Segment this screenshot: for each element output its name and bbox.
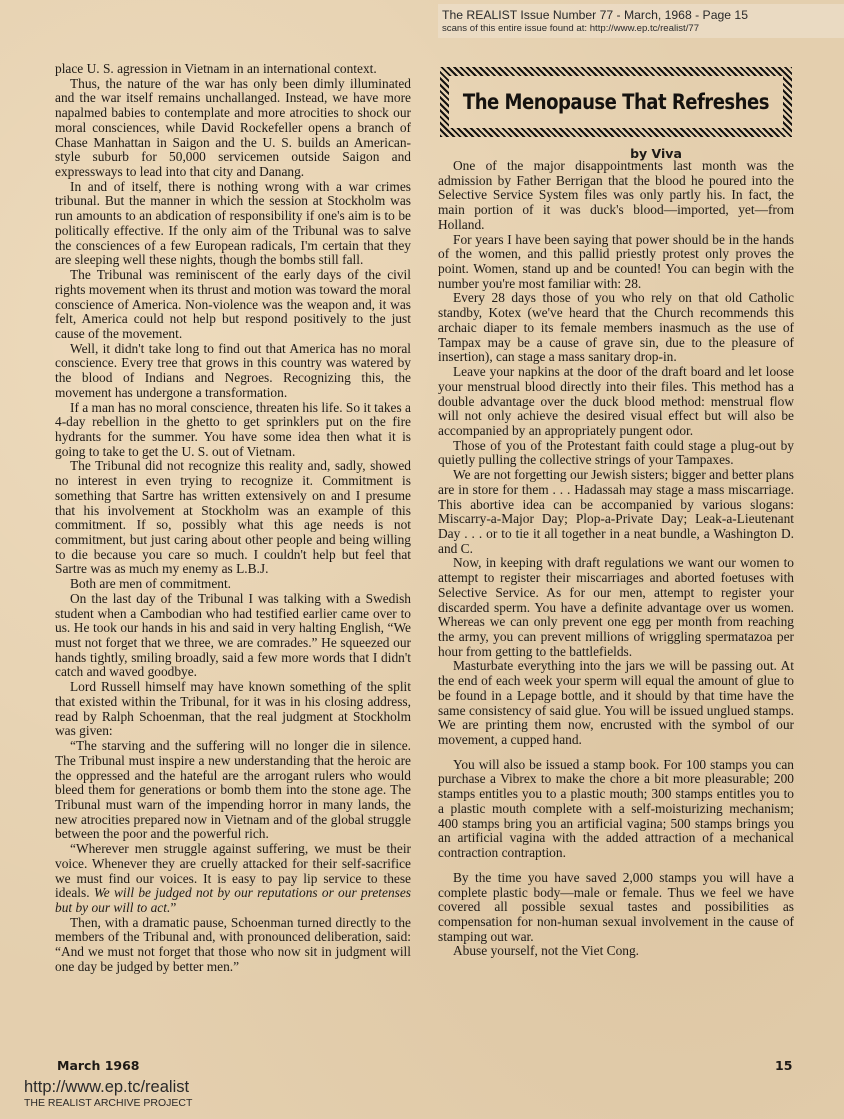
archive-issue-link[interactable]: scans of this entire issue found at: htt… [442,23,844,35]
paragraph: You will also be issued a stamp book. Fo… [438,758,794,861]
paragraph: Masturbate everything into the jars we w… [438,659,794,747]
paragraph: The Tribunal did not recognize this real… [55,459,411,577]
paragraph: On the last day of the Tribunal I was ta… [55,592,411,680]
article-title: The Menopause That Refreshes [463,90,769,114]
issue-date: March 1968 [57,1058,140,1073]
paragraph: If a man has no moral conscience, threat… [55,401,411,460]
quote-paragraph: “Wherever men struggle against suffering… [55,842,411,916]
paragraph: Every 28 days those of you who rely on t… [438,291,794,365]
paragraph: Both are men of commitment. [55,577,411,592]
article-body: One of the major disappointments last mo… [438,159,794,959]
paragraph: Leave your napkins at the door of the dr… [438,365,794,439]
italic-quote: We will be judged not by our reputations… [55,885,411,915]
paragraph: In and of itself, there is nothing wrong… [55,180,411,268]
paragraph: Well, it didn't take long to find out th… [55,342,411,401]
paragraph: The Tribunal was reminiscent of the earl… [55,268,411,342]
paragraph: Those of you of the Protestant faith cou… [438,439,794,468]
archive-header: The REALIST Issue Number 77 - March, 196… [438,4,844,38]
paragraph: place U. S. agression in Vietnam in an i… [55,62,411,77]
left-column: place U. S. agression in Vietnam in an i… [55,62,411,975]
paragraph: Abuse yourself, not the Viet Cong. [438,944,794,959]
paragraph: We are not forgetting our Jewish sisters… [438,468,794,556]
archive-footer: http://www.ep.tc/realist THE REALIST ARC… [24,1078,192,1109]
paragraph: Then, with a dramatic pause, Schoenman t… [55,916,411,975]
paragraph: “The starving and the suffering will no … [55,739,411,842]
paragraph: Thus, the nature of the war has only bee… [55,77,411,180]
article-title-box: The Menopause That Refreshes [440,67,792,137]
paragraph: By the time you have saved 2,000 stamps … [438,871,794,945]
paragraph: For years I have been saying that power … [438,233,794,292]
paragraph: Now, in keeping with draft regulations w… [438,556,794,659]
quote-end: ” [170,900,176,915]
archive-project-name: THE REALIST ARCHIVE PROJECT [24,1097,192,1109]
archive-url-link[interactable]: http://www.ep.tc/realist [24,1078,192,1097]
paragraph: Lord Russell himself may have known some… [55,680,411,739]
page-number: 15 [775,1058,792,1073]
archive-issue-title: The REALIST Issue Number 77 - March, 196… [442,7,844,23]
paragraph: One of the major disappointments last mo… [438,159,794,233]
